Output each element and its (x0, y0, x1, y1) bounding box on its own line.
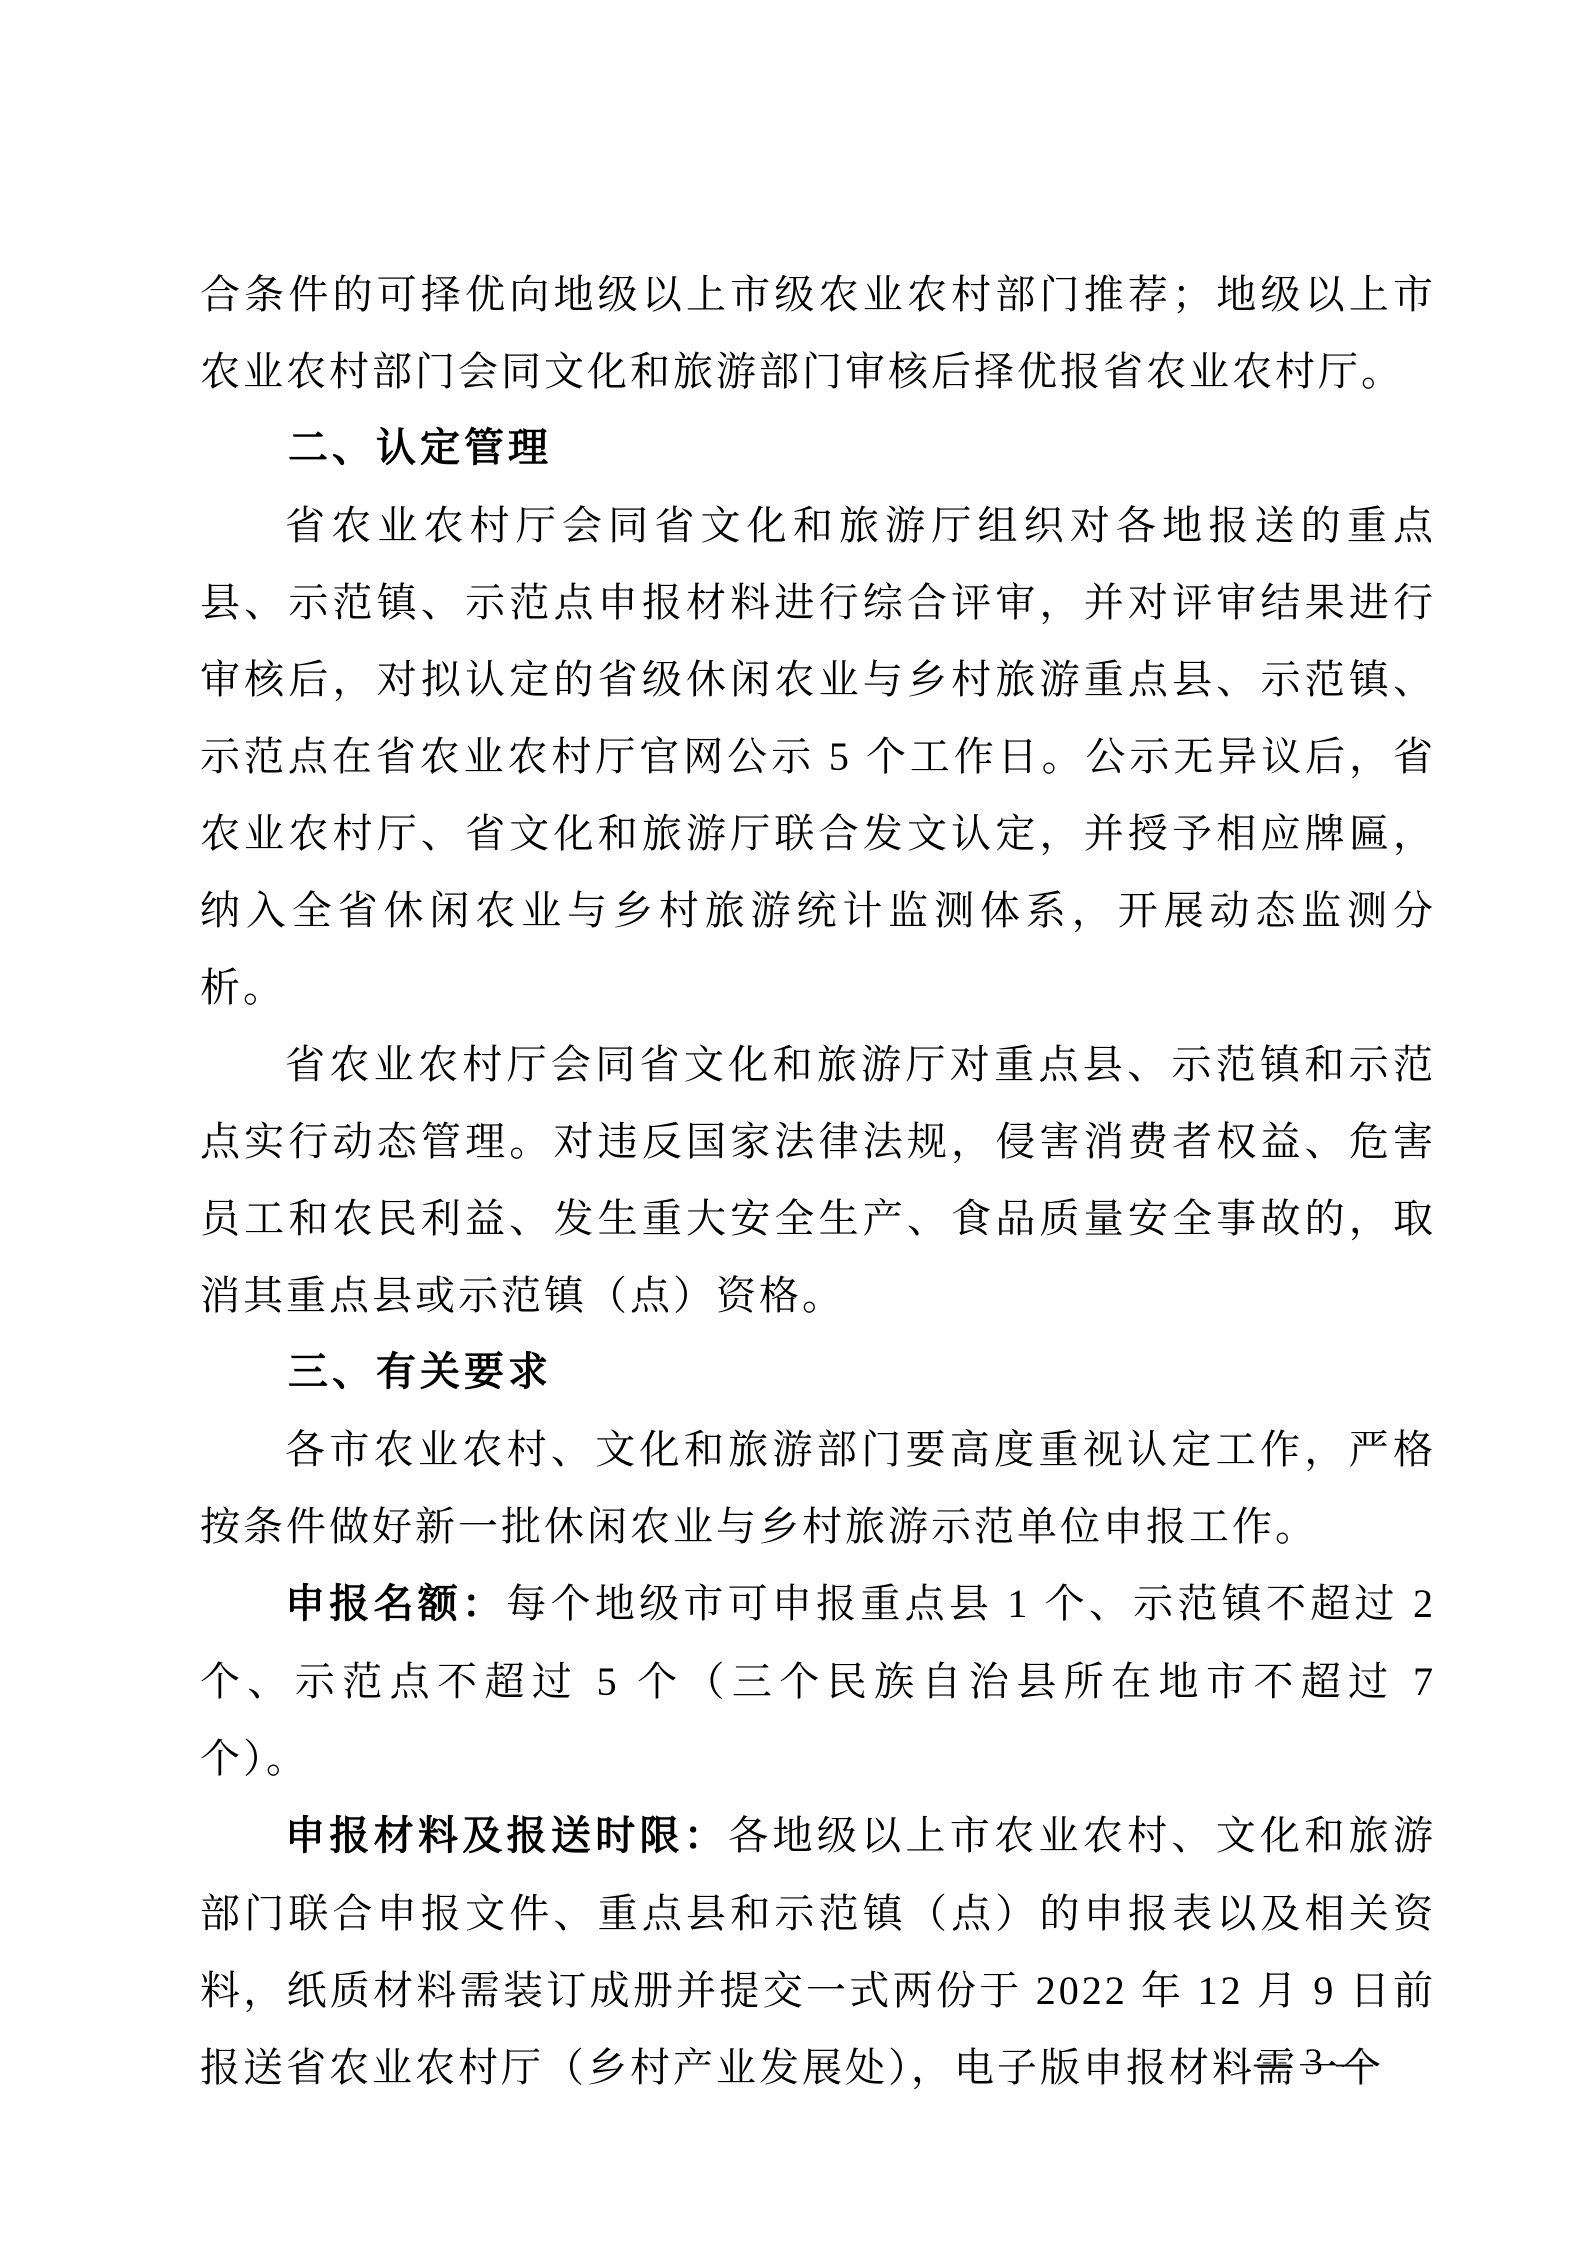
paragraph: 申报名额：每个地级市可申报重点县 1 个、示范镇不超过 2 个、示范点不超过 5… (200, 1565, 1436, 1797)
document-body: 合条件的可择优向地级以上市级农业农村部门推荐；地级以上市农业农村部门会同文化和旅… (200, 256, 1436, 2106)
paragraph: 省农业农村厅会同省文化和旅游厅对重点县、示范镇和示范点实行动态管理。对违反国家法… (200, 1026, 1436, 1334)
paragraph: 省农业农村厅会同省文化和旅游厅组织对各地报送的重点县、示范镇、示范点申报材料进行… (200, 487, 1436, 1026)
bold-label-materials-deadline: 申报材料及报送时限： (285, 1814, 728, 1858)
document-page: 合条件的可择优向地级以上市级农业农村部门推荐；地级以上市农业农村部门会同文化和旅… (0, 0, 1586, 2245)
page-number: — 3 — (1254, 2040, 1375, 2085)
paragraph: 各市农业农村、文化和旅游部门要高度重视认定工作，严格按条件做好新一批休闲农业与乡… (200, 1411, 1436, 1565)
paragraph-continuation: 合条件的可择优向地级以上市级农业农村部门推荐；地级以上市农业农村部门会同文化和旅… (200, 256, 1436, 410)
section-heading-3: 三、有关要求 (200, 1334, 1436, 1411)
paragraph: 申报材料及报送时限：各地级以上市农业农村、文化和旅游部门联合申报文件、重点县和示… (200, 1797, 1436, 2106)
bold-label-quota: 申报名额： (285, 1582, 506, 1626)
section-heading-2: 二、认定管理 (200, 410, 1436, 487)
